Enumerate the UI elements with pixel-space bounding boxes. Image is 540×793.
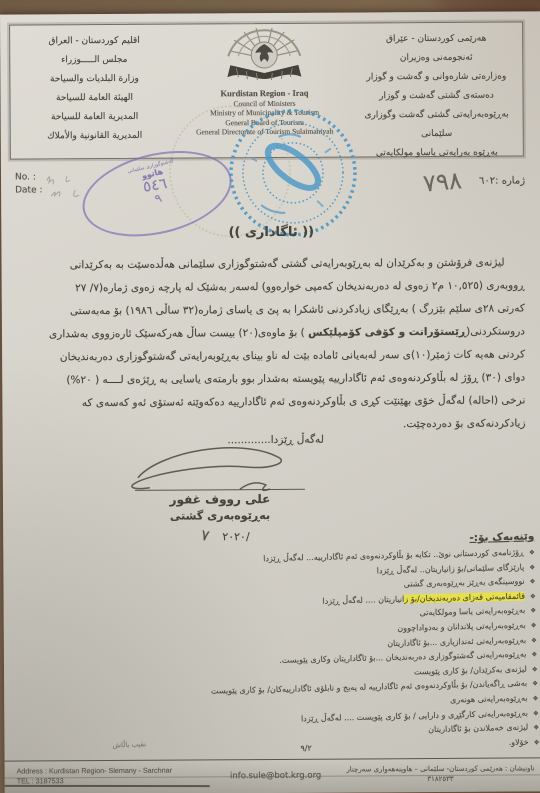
body-line: کردنی هەیه کات ژمێر(١٠)ی سەر لەبەیانی ئا… — [19, 343, 525, 369]
arabic-line: وزارة البلديات والسياحة — [10, 70, 178, 90]
kurdish-line: دەستەی گشتی گەشت و گوزار — [350, 86, 522, 106]
letterhead-kurdish-column: هەرێمی کوردستان - عێراق ئەنجومەنی وەزیرا… — [350, 22, 523, 156]
no-date-block: No. : Date : — [15, 171, 43, 197]
diamond-bullet-icon: ❖ — [530, 592, 536, 600]
arabic-line: المديرية العامة للسياحة — [11, 108, 179, 128]
body-line-bold-phrase: ڕێستۆرانت و کۆفی کۆمپلێکس — [308, 326, 466, 339]
body-line: لیژنەی فرۆشتن و بەکرێدان له بەڕێوبەرایەت… — [18, 251, 524, 277]
arabic-line: اقليم كوردستان - العراق — [10, 32, 178, 52]
diamond-bullet-icon: ❖ — [531, 651, 537, 659]
arabic-line: مجلس الـــــوزراء — [10, 51, 178, 71]
diamond-bullet-icon: ❖ — [534, 738, 540, 746]
document-photo: اقليم كوردستان - العراق مجلس الـــــوزرا… — [0, 0, 540, 793]
diamond-bullet-icon: ❖ — [532, 665, 538, 673]
body-line: ڕووبەری (١٠,٥٢٥ م٢ زەوی له دەربەندیخان ک… — [19, 274, 525, 300]
footer-email: info.sule@bot.krg.org — [205, 765, 346, 782]
highlighted-text: قائمقامیەتی قەزای دەربەندیخان/بۆ زانیاری… — [322, 591, 525, 605]
body-paragraph: لیژنەی فرۆشتن و بەکرێدان له بەڕێوبەرایەت… — [18, 251, 525, 438]
arabic-line: المديرية القانونية والأملاك — [11, 127, 179, 147]
body-line: دروستکردنی(ڕێستۆرانت و کۆفی کۆمپلێکس ) ب… — [19, 320, 525, 346]
diamond-bullet-icon: ❖ — [531, 621, 537, 629]
no-label: No. : — [15, 171, 42, 184]
kurdish-line: وەزارەتی شارەوانی و گەشت و گوزار — [350, 67, 522, 87]
diamond-bullet-icon: ❖ — [531, 636, 537, 644]
reference-number: ژماره :٦٠٢ ٧٩٨ — [423, 167, 525, 196]
diamond-bullet-icon: ❖ — [529, 548, 535, 556]
document-title: (( ئاگاداری )) — [1, 223, 540, 241]
page-edge-shadow — [5, 785, 210, 787]
diamond-bullet-icon: ❖ — [532, 680, 538, 688]
body-line: کەرتی ٢٨ی سلێم بێزرگ ) بەڕێگای زیادکردنی… — [19, 297, 525, 323]
typist-note: نقیب باڵاش — [112, 740, 146, 749]
reference-number-printed: ژماره :٦٠٢ — [479, 175, 525, 186]
reference-number-handwritten: ٧٩٨ — [422, 166, 463, 197]
diamond-bullet-icon: ❖ — [530, 607, 536, 615]
footer: Address : Kurdistan Region- Slemany - Sa… — [5, 757, 540, 786]
kurdish-line: ئەنجومەنی وەزیران — [350, 48, 522, 68]
kurdistan-emblem-icon — [218, 27, 310, 90]
arabic-line: الهيئة العامة للسياحة — [10, 89, 178, 109]
kurdish-line: بەڕێوەبەرایەتی گشتی گەشت وگوزاری سلێمانی — [351, 105, 523, 144]
signatory-name: علی رووف غفور — [135, 489, 305, 507]
page-number: ٩/٢ — [300, 744, 311, 753]
diamond-bullet-icon: ❖ — [532, 694, 538, 702]
diamond-bullet-icon: ❖ — [530, 578, 536, 586]
body-line: نرخی (احاله) لەگەڵ خۆی بهێنێت کڕی ی بڵاو… — [19, 389, 525, 415]
signatory-title: بەڕێوەبەری گشتی — [105, 509, 335, 523]
letterhead-arabic-column: اقليم كوردستان - العراق مجلس الـــــوزرا… — [10, 25, 179, 159]
body-line: دوای (٣٠) ڕۆژ له بڵاوکردنەوەی ئەم ئاگادا… — [19, 366, 525, 392]
kurdish-line: هەرێمی کوردستان - عێراق — [350, 29, 522, 49]
kurdish-line: بەڕێوە بەرایەتی یاساو مولکایەتی — [351, 143, 523, 163]
letter-page: اقليم كوردستان - العراق مجلس الـــــوزرا… — [0, 11, 540, 793]
date-label: Date : — [15, 184, 42, 197]
diamond-bullet-icon: ❖ — [533, 723, 539, 731]
signature-block: علی رووف غفور بەڕێوەبەری گشتی /٢٠٢٠ ٧ — [105, 443, 336, 545]
diamond-bullet-icon: ❖ — [529, 563, 535, 571]
diamond-bullet-icon: ❖ — [533, 709, 539, 717]
cc-list: وێنەیەک بۆ:- ❖ڕۆژنامەی کوردستانی نوێ.. ت… — [106, 530, 539, 760]
footer-address-ku-line: ناونیشان : هەرێمی کوردستان- سلێمانی – ها… — [346, 763, 534, 774]
